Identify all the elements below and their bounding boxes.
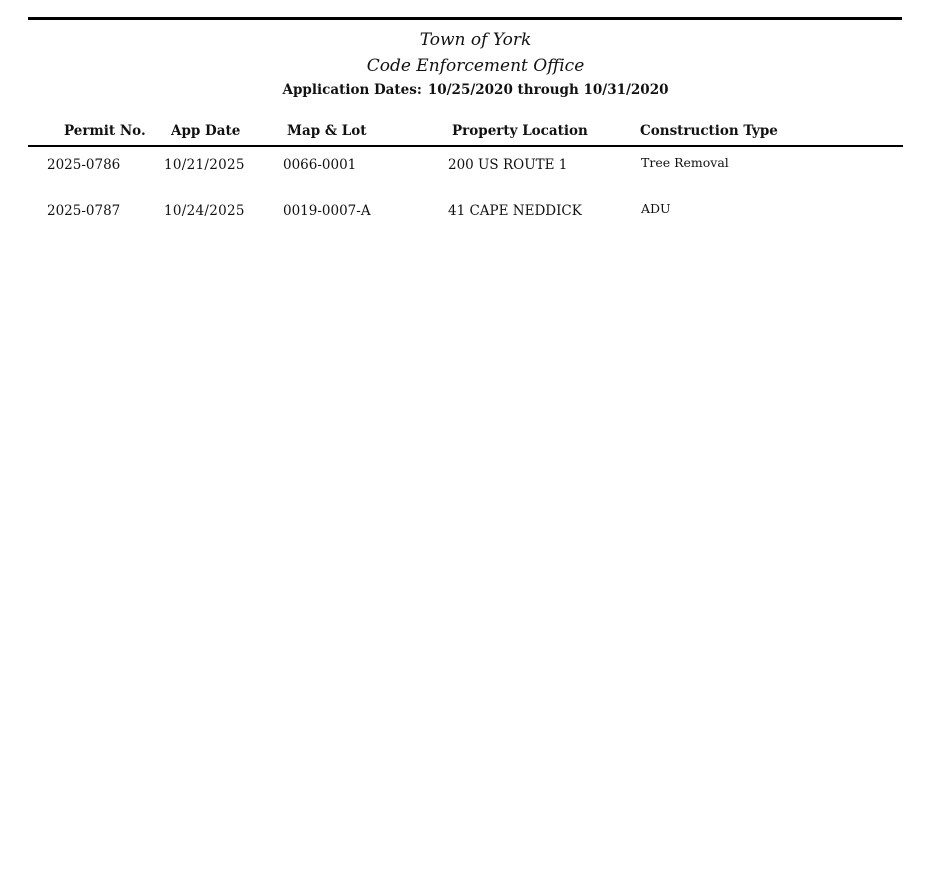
cell-property-location: 41 CAPE NEDDICK — [448, 203, 582, 219]
cell-permit-no: 2025-0786 — [47, 157, 120, 173]
cell-property-location: 200 US ROUTE 1 — [448, 157, 567, 173]
report-office: Code Enforcement Office — [0, 56, 951, 76]
column-header-property-location: Property Location — [452, 123, 588, 139]
top-rule — [28, 17, 902, 20]
cell-construction-type: ADU — [641, 201, 671, 216]
header-rule — [28, 145, 903, 147]
cell-app-date: 10/24/2025 — [164, 203, 245, 219]
report-organization: Town of York — [0, 30, 951, 50]
column-header-map-lot: Map & Lot — [287, 123, 366, 139]
date-range-value: 10/25/2020 through 10/31/2020 — [428, 82, 669, 98]
column-header-app-date: App Date — [171, 123, 240, 139]
date-range-label: Application Dates: — [283, 82, 422, 98]
report-date-range: Application Dates:10/25/2020 through 10/… — [0, 82, 951, 98]
cell-map-lot: 0019-0007-A — [283, 203, 371, 219]
cell-construction-type: Tree Removal — [641, 155, 729, 170]
column-header-permit-no: Permit No. — [64, 123, 146, 139]
column-header-construction-type: Construction Type — [640, 123, 778, 139]
cell-permit-no: 2025-0787 — [47, 203, 120, 219]
cell-map-lot: 0066-0001 — [283, 157, 356, 173]
cell-app-date: 10/21/2025 — [164, 157, 245, 173]
